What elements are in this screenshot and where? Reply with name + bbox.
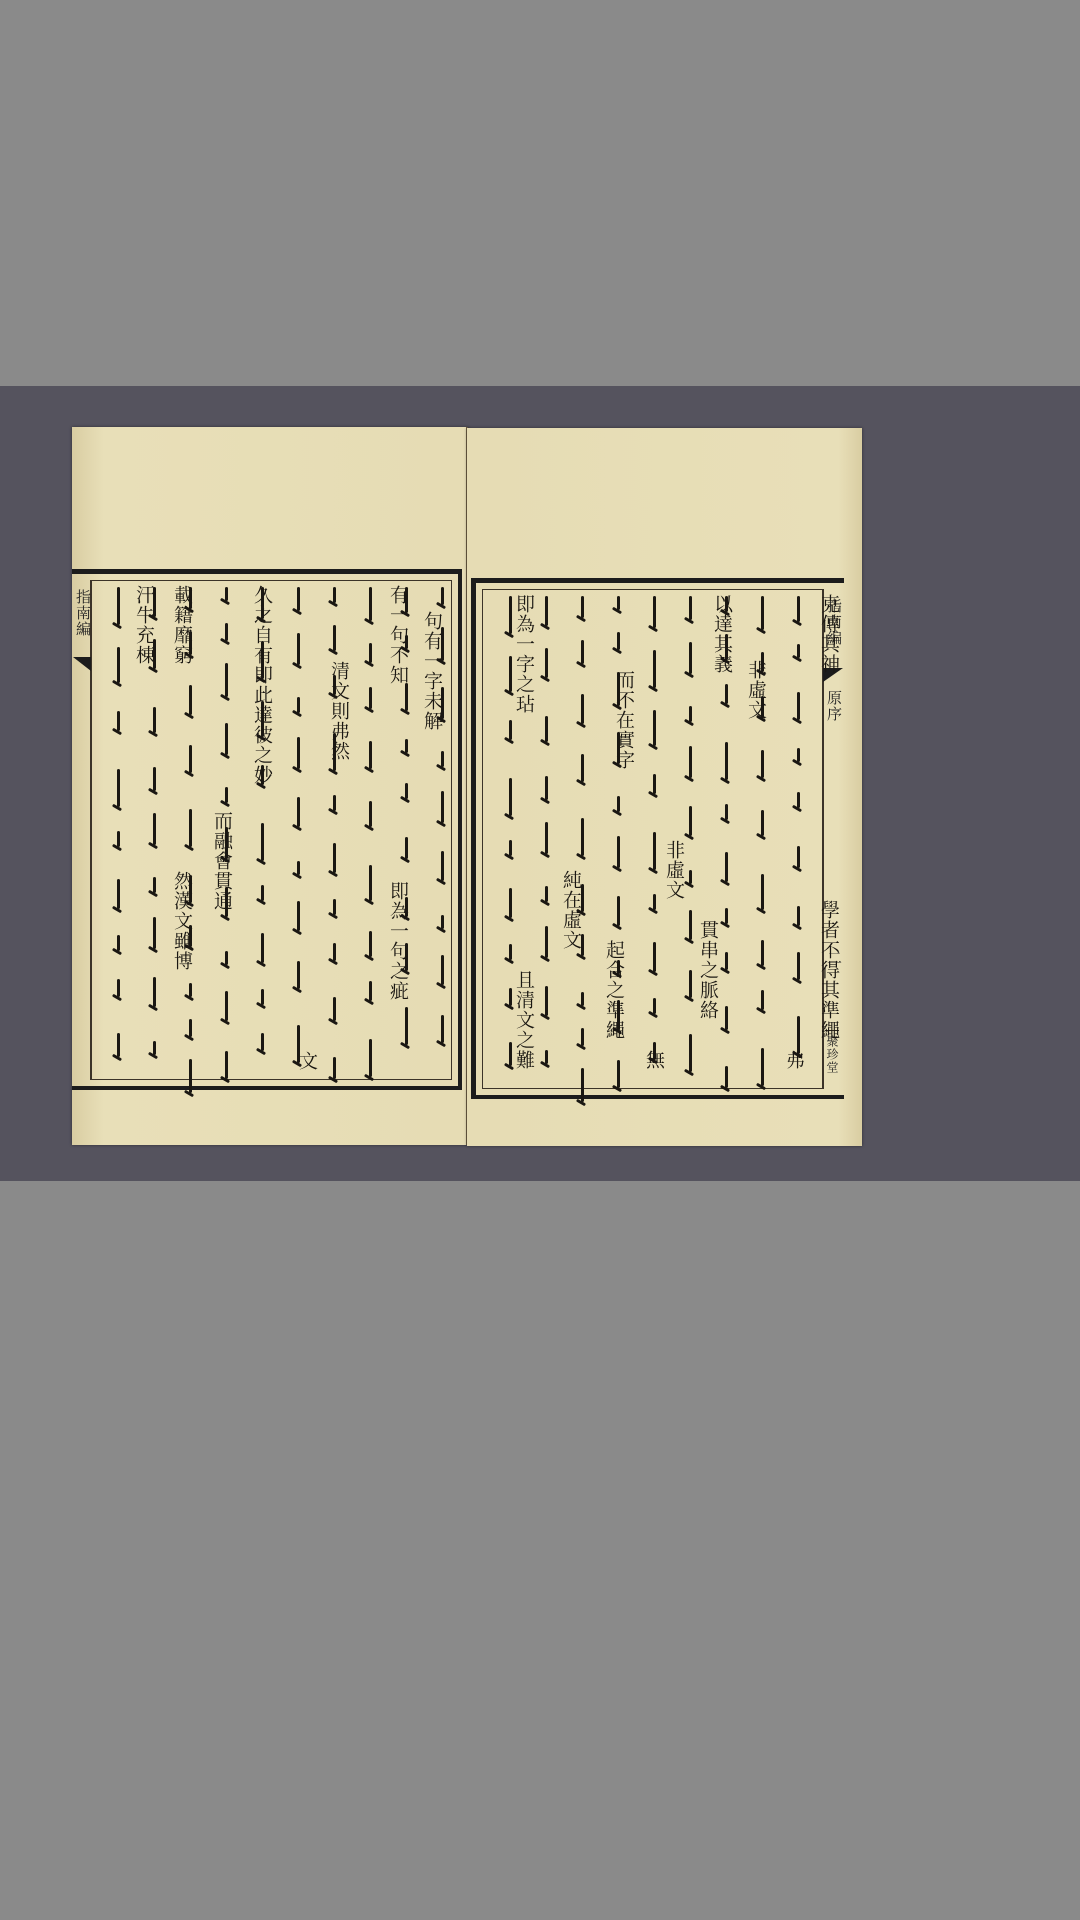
- chinese-text-column: 非虛文: [663, 840, 685, 900]
- manchu-script-glyph: [225, 623, 228, 641]
- manchu-script-glyph: [405, 587, 408, 613]
- manchu-script-glyph: [333, 587, 336, 603]
- manchu-script-glyph: [725, 684, 728, 704]
- manchu-script-glyph: [441, 1015, 444, 1043]
- manchu-script-glyph: [617, 632, 620, 650]
- manchu-script-glyph: [153, 877, 156, 893]
- left-text-block: 指南編 句有一字未解有一句不知即為一句之疵清文則弗然文久之自有即此達彼之妙而融會…: [90, 580, 452, 1080]
- manchu-script-glyph: [297, 961, 300, 989]
- manchu-script-glyph: [581, 934, 584, 956]
- manchu-script-glyph: [369, 587, 372, 621]
- manchu-script-glyph: [153, 639, 156, 669]
- manchu-script-glyph: [509, 596, 512, 634]
- manchu-script-glyph: [761, 990, 764, 1010]
- manchu-script-glyph: [369, 865, 372, 901]
- manchu-script-glyph: [405, 1007, 408, 1045]
- manchu-script-glyph: [689, 706, 692, 722]
- manchu-script-glyph: [333, 625, 336, 651]
- manchu-script-glyph: [725, 1006, 728, 1030]
- manchu-script-glyph: [261, 989, 264, 1005]
- manchu-script-glyph: [653, 998, 656, 1014]
- manchu-script-glyph: [225, 1051, 228, 1079]
- manchu-script-glyph: [689, 870, 692, 884]
- chinese-text-column: 起合之準繩: [603, 940, 625, 1040]
- manchu-script-glyph: [617, 960, 620, 974]
- manchu-script-glyph: [761, 874, 764, 910]
- manchu-script-glyph: [369, 741, 372, 769]
- manchu-script-glyph: [261, 701, 264, 737]
- manchu-script-glyph: [509, 720, 512, 740]
- manchu-script-glyph: [153, 767, 156, 791]
- manchu-script-glyph: [581, 1028, 584, 1046]
- manchu-script-glyph: [117, 1033, 120, 1057]
- manchu-script-glyph: [725, 852, 728, 882]
- manchu-script-glyph: [725, 908, 728, 924]
- manchu-script-glyph: [225, 991, 228, 1021]
- manchu-script-glyph: [797, 792, 800, 808]
- manchu-script-glyph: [617, 1060, 620, 1088]
- manchu-script-glyph: [261, 933, 264, 963]
- manchu-script-glyph: [117, 979, 120, 997]
- manchu-script-glyph: [333, 943, 336, 961]
- manchu-script-glyph: [261, 587, 264, 619]
- manchu-script-glyph: [369, 643, 372, 663]
- manchu-script-glyph: [117, 711, 120, 731]
- manchu-script-glyph: [225, 663, 228, 697]
- manchu-script-glyph: [189, 875, 192, 903]
- manchu-script-glyph: [153, 813, 156, 845]
- manchu-script-glyph: [333, 997, 336, 1021]
- manchu-script-glyph: [689, 642, 692, 674]
- manchu-script-glyph: [189, 631, 192, 655]
- manchu-script-glyph: [761, 810, 764, 836]
- manchu-script-glyph: [617, 1000, 620, 1030]
- manchu-script-glyph: [653, 832, 656, 870]
- manchu-script-glyph: [581, 1068, 584, 1102]
- manchu-script-glyph: [333, 795, 336, 811]
- manchu-script-glyph: [261, 765, 264, 785]
- manchu-script-glyph: [297, 901, 300, 931]
- manchu-script-glyph: [725, 742, 728, 780]
- manchu-script-glyph: [225, 787, 228, 803]
- chinese-text-column: 即為一字之玷: [513, 594, 535, 714]
- manchu-script-glyph: [261, 641, 264, 679]
- manchu-script-glyph: [653, 710, 656, 746]
- manchu-script-glyph: [797, 1016, 800, 1054]
- manchu-script-glyph: [509, 944, 512, 960]
- manchu-script-glyph: [189, 983, 192, 997]
- manchu-script-glyph: [761, 696, 764, 718]
- chinese-text-column: 且清文之難: [513, 970, 535, 1070]
- chinese-text-column: 清文則弗然: [328, 661, 350, 761]
- manchu-script-glyph: [797, 906, 800, 926]
- fishtail-mark-icon: [73, 657, 91, 671]
- manchu-script-glyph: [441, 587, 444, 605]
- manchu-script-glyph: [653, 1042, 656, 1060]
- manchu-script-glyph: [225, 723, 228, 755]
- manchu-script-glyph: [333, 1057, 336, 1079]
- manchu-script-glyph: [405, 837, 408, 859]
- manchu-script-glyph: [545, 886, 548, 902]
- manchu-script-glyph: [405, 783, 408, 799]
- manchu-script-glyph: [617, 836, 620, 868]
- manchu-script-glyph: [189, 1019, 192, 1037]
- left-page: 指南編 句有一字未解有一句不知即為一句之疵清文則弗然文久之自有即此達彼之妙而融會…: [72, 427, 468, 1145]
- manchu-script-glyph: [689, 970, 692, 998]
- chinese-text-column: 學者不得其準繩: [818, 900, 840, 1040]
- manchu-script-glyph: [617, 796, 620, 812]
- manchu-script-glyph: [441, 791, 444, 823]
- right-page: 指南編 原序 二 聚珍堂 克傳其神學者不得其準繩弗非虛文以達其義貫串之脈絡非虛文…: [467, 428, 862, 1146]
- manchu-script-glyph: [369, 1039, 372, 1077]
- manchu-script-glyph: [545, 596, 548, 626]
- manchu-script-glyph: [333, 675, 336, 695]
- manchu-script-glyph: [761, 1048, 764, 1086]
- chinese-text-column: 克傳其神: [818, 594, 840, 674]
- right-text-block: 指南編 原序 二 聚珍堂 克傳其神學者不得其準繩弗非虛文以達其義貫串之脈絡非虛文…: [482, 589, 824, 1089]
- manchu-script-glyph: [297, 737, 300, 769]
- right-page-frame: 指南編 原序 二 聚珍堂 克傳其神學者不得其準繩弗非虛文以達其義貫串之脈絡非虛文…: [471, 578, 844, 1099]
- manchu-script-glyph: [797, 644, 800, 658]
- left-margin-column: 指南編: [73, 581, 92, 1079]
- manchu-script-glyph: [297, 587, 300, 611]
- manchu-script-glyph: [689, 1034, 692, 1072]
- manchu-script-glyph: [441, 751, 444, 767]
- manchu-script-glyph: [761, 596, 764, 630]
- manchu-script-glyph: [225, 587, 228, 601]
- manchu-script-glyph: [441, 687, 444, 719]
- manchu-script-glyph: [797, 596, 800, 622]
- manchu-script-glyph: [509, 888, 512, 918]
- manchu-script-glyph: [189, 587, 192, 609]
- manchu-script-glyph: [509, 778, 512, 816]
- manchu-script-glyph: [225, 951, 228, 965]
- manchu-script-glyph: [797, 748, 800, 762]
- manchu-script-glyph: [369, 687, 372, 709]
- manchu-script-glyph: [333, 733, 336, 771]
- manchu-script-glyph: [405, 943, 408, 971]
- manchu-script-glyph: [153, 587, 156, 617]
- manchu-script-glyph: [689, 746, 692, 778]
- chinese-text-column: 汗牛充棟: [133, 585, 155, 665]
- manchu-script-glyph: [545, 776, 548, 800]
- manchu-script-glyph: [725, 596, 728, 612]
- manchu-script-glyph: [225, 827, 228, 859]
- left-page-frame: 指南編 句有一字未解有一句不知即為一句之疵清文則弗然文久之自有即此達彼之妙而融會…: [72, 569, 462, 1090]
- manchu-script-glyph: [545, 986, 548, 1016]
- manchu-script-glyph: [689, 596, 692, 620]
- manchu-script-glyph: [333, 899, 336, 915]
- manchu-script-glyph: [509, 656, 512, 692]
- manchu-script-glyph: [441, 627, 444, 661]
- left-margin-title: 指南編: [74, 589, 91, 637]
- manchu-script-glyph: [117, 647, 120, 683]
- manchu-script-glyph: [153, 977, 156, 1007]
- manchu-script-glyph: [545, 822, 548, 854]
- manchu-script-glyph: [441, 915, 444, 929]
- manchu-script-glyph: [581, 596, 584, 618]
- manchu-script-glyph: [689, 806, 692, 836]
- manchu-script-glyph: [545, 716, 548, 742]
- manchu-script-glyph: [297, 861, 300, 875]
- manchu-script-glyph: [545, 648, 548, 678]
- manchu-script-glyph: [261, 1033, 264, 1051]
- manchu-script-glyph: [117, 769, 120, 807]
- manchu-script-glyph: [653, 596, 656, 628]
- manchu-script-glyph: [761, 750, 764, 778]
- manchu-script-glyph: [761, 652, 764, 672]
- manchu-script-glyph: [333, 843, 336, 873]
- manchu-script-glyph: [369, 981, 372, 1001]
- manchu-script-glyph: [117, 587, 120, 625]
- manchu-script-glyph: [797, 692, 800, 720]
- manchu-script-glyph: [689, 910, 692, 940]
- manchu-script-glyph: [581, 754, 584, 782]
- manchu-script-glyph: [545, 1050, 548, 1064]
- manchu-script-glyph: [617, 672, 620, 706]
- manchu-script-glyph: [117, 831, 120, 847]
- manchu-script-glyph: [153, 1041, 156, 1055]
- manchu-script-glyph: [369, 801, 372, 827]
- manchu-script-glyph: [545, 926, 548, 958]
- chinese-text-column: 貫串之脈絡: [697, 920, 719, 1020]
- manchu-script-glyph: [189, 1059, 192, 1093]
- manchu-script-glyph: [617, 896, 620, 926]
- manchu-script-glyph: [369, 931, 372, 957]
- manchu-script-glyph: [261, 823, 264, 861]
- manchu-script-glyph: [797, 952, 800, 980]
- manchu-script-glyph: [153, 917, 156, 949]
- manchu-script-glyph: [297, 697, 300, 713]
- manchu-script-glyph: [617, 732, 620, 764]
- manchu-script-glyph: [297, 633, 300, 665]
- manchu-script-glyph: [441, 851, 444, 881]
- manchu-script-glyph: [761, 940, 764, 966]
- manchu-script-glyph: [509, 1042, 512, 1066]
- manchu-script-glyph: [405, 683, 408, 711]
- manchu-script-glyph: [653, 894, 656, 910]
- manchu-script-glyph: [725, 804, 728, 820]
- manchu-script-glyph: [653, 650, 656, 688]
- manchu-script-glyph: [225, 887, 228, 917]
- manchu-script-glyph: [261, 885, 264, 901]
- manchu-script-glyph: [189, 745, 192, 773]
- manchu-script-glyph: [189, 685, 192, 715]
- manchu-script-glyph: [297, 797, 300, 827]
- manchu-script-glyph: [509, 988, 512, 1006]
- manchu-script-glyph: [653, 942, 656, 972]
- manchu-script-glyph: [725, 1066, 728, 1088]
- manchu-script-glyph: [581, 818, 584, 856]
- manchu-script-glyph: [509, 840, 512, 856]
- manchu-script-glyph: [581, 694, 584, 724]
- manchu-script-glyph: [797, 846, 800, 868]
- manchu-script-glyph: [725, 952, 728, 970]
- manchu-script-glyph: [441, 955, 444, 985]
- manchu-script-glyph: [189, 809, 192, 847]
- manchu-script-glyph: [581, 884, 584, 912]
- manchu-script-glyph: [117, 879, 120, 909]
- manchu-script-glyph: [653, 774, 656, 794]
- manchu-script-glyph: [297, 1025, 300, 1063]
- manchu-script-glyph: [189, 925, 192, 947]
- manchu-script-glyph: [117, 935, 120, 951]
- manchu-script-glyph: [725, 634, 728, 660]
- manchu-script-glyph: [617, 596, 620, 610]
- manchu-script-glyph: [581, 992, 584, 1006]
- chinese-text-column: 句有一字未解: [421, 611, 443, 731]
- manchu-script-glyph: [405, 897, 408, 917]
- manchu-script-glyph: [581, 640, 584, 664]
- manchu-script-glyph: [405, 635, 408, 649]
- manchu-script-glyph: [153, 707, 156, 733]
- manchu-script-glyph: [405, 739, 408, 753]
- right-margin-section: 原序: [825, 690, 842, 722]
